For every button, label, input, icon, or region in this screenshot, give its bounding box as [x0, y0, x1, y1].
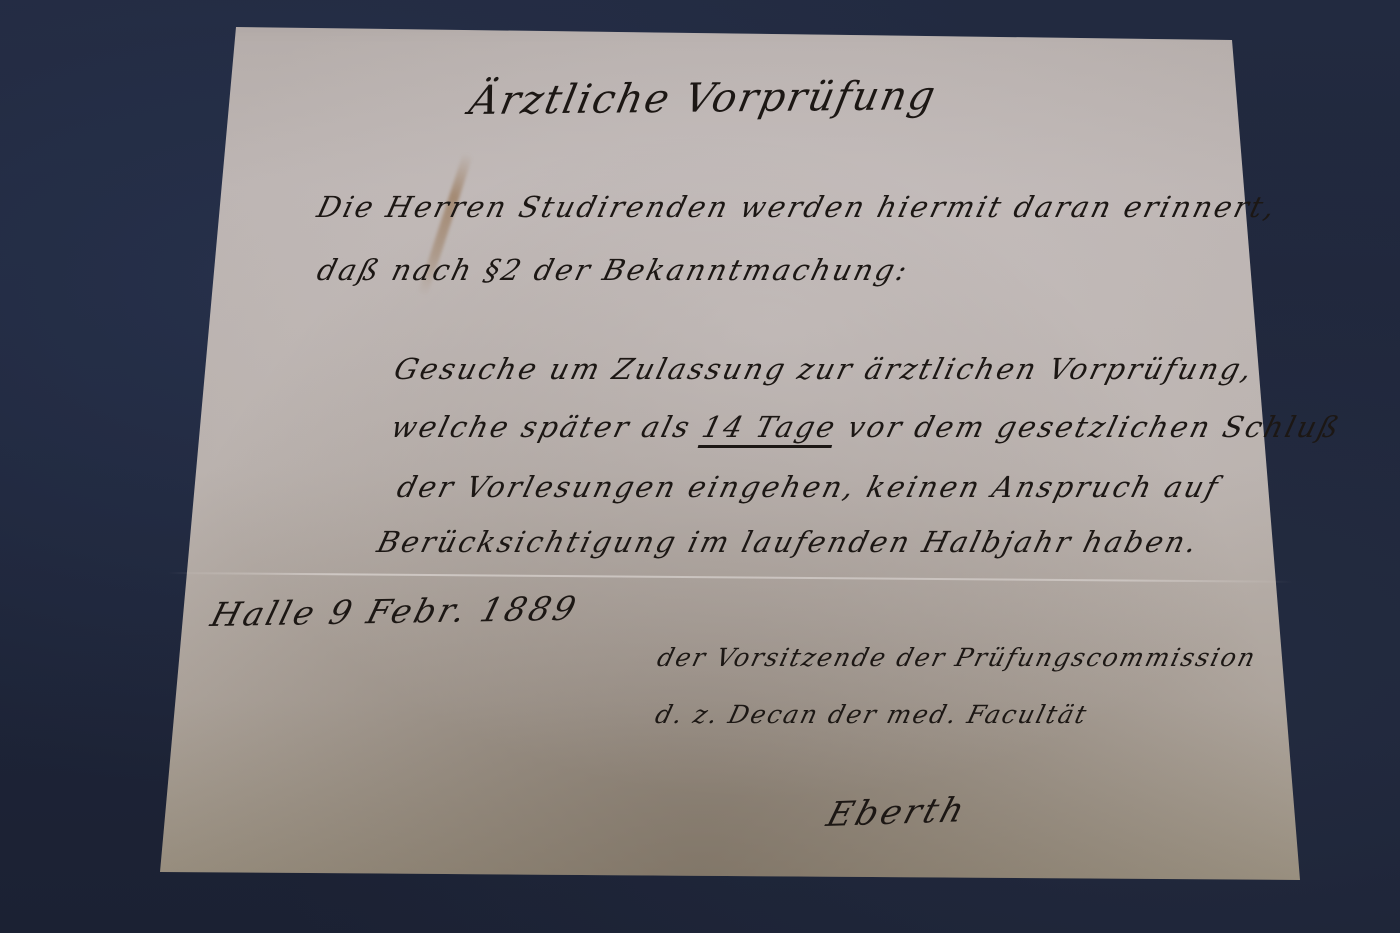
signatory-role-line-2: d. z. Decan der med. Facultät: [652, 700, 1091, 729]
intro-line-2: daß nach §2 der Bekanntmachung:: [314, 253, 913, 287]
place-and-date: Halle 9 Febr. 1889: [207, 589, 583, 634]
notice-line-1: Gesuche um Zulassung zur ärztlichen Vorp…: [391, 352, 1258, 386]
notice-line-4: Berücksichtigung im laufenden Halbjahr h…: [374, 525, 1203, 559]
signature: Eberth: [822, 790, 972, 835]
notice-line-2: welche später als 14 Tage vor dem gesetz…: [388, 410, 1345, 444]
signatory-role-line-1: der Vorsitzende der Prüfungscommission: [654, 643, 1259, 672]
notice-line-2-end: vor dem gesetzlichen Schluß: [832, 410, 1344, 444]
notice-line-3: der Vorlesungen eingehen, keinen Anspruc…: [394, 470, 1224, 504]
document-title: Ärztliche Vorprüfung: [465, 73, 940, 124]
notice-line-2-start: welche später als: [388, 410, 707, 444]
intro-line-1: Die Herren Studirenden werden hiermit da…: [314, 190, 1281, 224]
deadline-emphasis: 14 Tage: [699, 410, 841, 444]
